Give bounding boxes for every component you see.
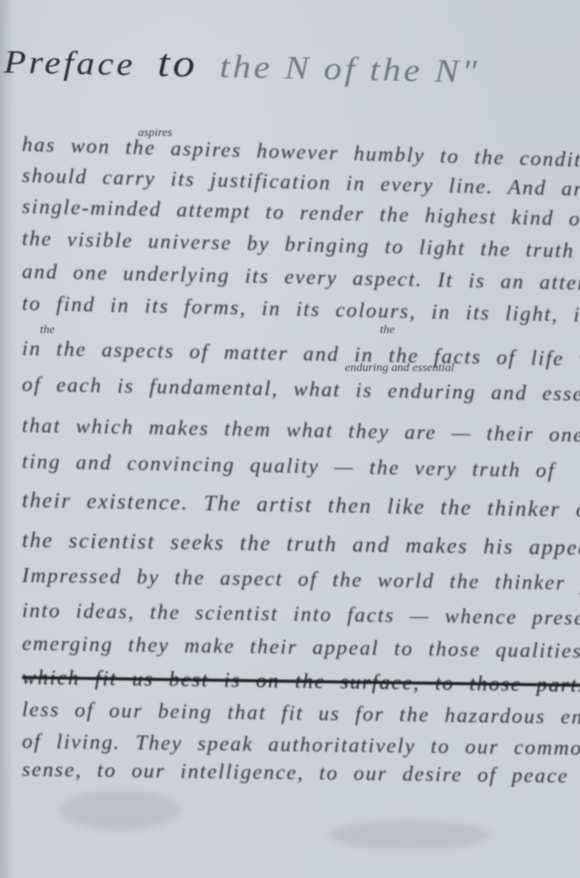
insertion-above: enduring and essential xyxy=(345,360,454,375)
manuscript-line: of each is fundamental, what is enduring… xyxy=(22,372,580,408)
manuscript-line: emerging they make their appeal to those… xyxy=(22,631,580,664)
manuscript-line: Impressed by the aspect of the world the… xyxy=(22,563,580,597)
paper-stain xyxy=(60,790,180,830)
manuscript-line: ting and convincing quality — the very t… xyxy=(22,449,556,483)
manuscript-title: Preface to the N of the N" xyxy=(4,37,481,93)
paper-stain xyxy=(330,820,490,850)
manuscript-line: that which makes them what they are — th… xyxy=(22,413,580,450)
title-word-to: to xyxy=(157,41,198,86)
manuscript-line: of living. They speak authoritatively to… xyxy=(22,729,580,761)
manuscript-line: less of our being that fit us for the ha… xyxy=(22,697,580,731)
title-word-preface: Preface xyxy=(4,44,136,83)
insertion-above: the xyxy=(40,322,55,337)
manuscript-line: and one underlying its every aspect. It … xyxy=(22,259,580,296)
manuscript-line: in the aspects of matter and in the fact… xyxy=(22,336,580,373)
insertion-above: the xyxy=(380,322,395,337)
manuscript-line: their existence. The artist then like th… xyxy=(22,487,580,523)
page-edge-shadow xyxy=(0,0,14,878)
manuscript-line-struck: which fit us best is on the surface, to … xyxy=(22,665,580,698)
manuscript-page: Preface to the N of the N" aspires has w… xyxy=(0,0,580,878)
manuscript-line: sense, to our intelligence, to our desir… xyxy=(22,757,580,789)
manuscript-line: the scientist seeks the truth and makes … xyxy=(22,527,580,561)
manuscript-line: to find in its forms, in its colours, in… xyxy=(22,291,580,330)
title-rest: the N of the N" xyxy=(219,48,480,89)
manuscript-line: into ideas, the scientist into facts — w… xyxy=(22,598,580,631)
